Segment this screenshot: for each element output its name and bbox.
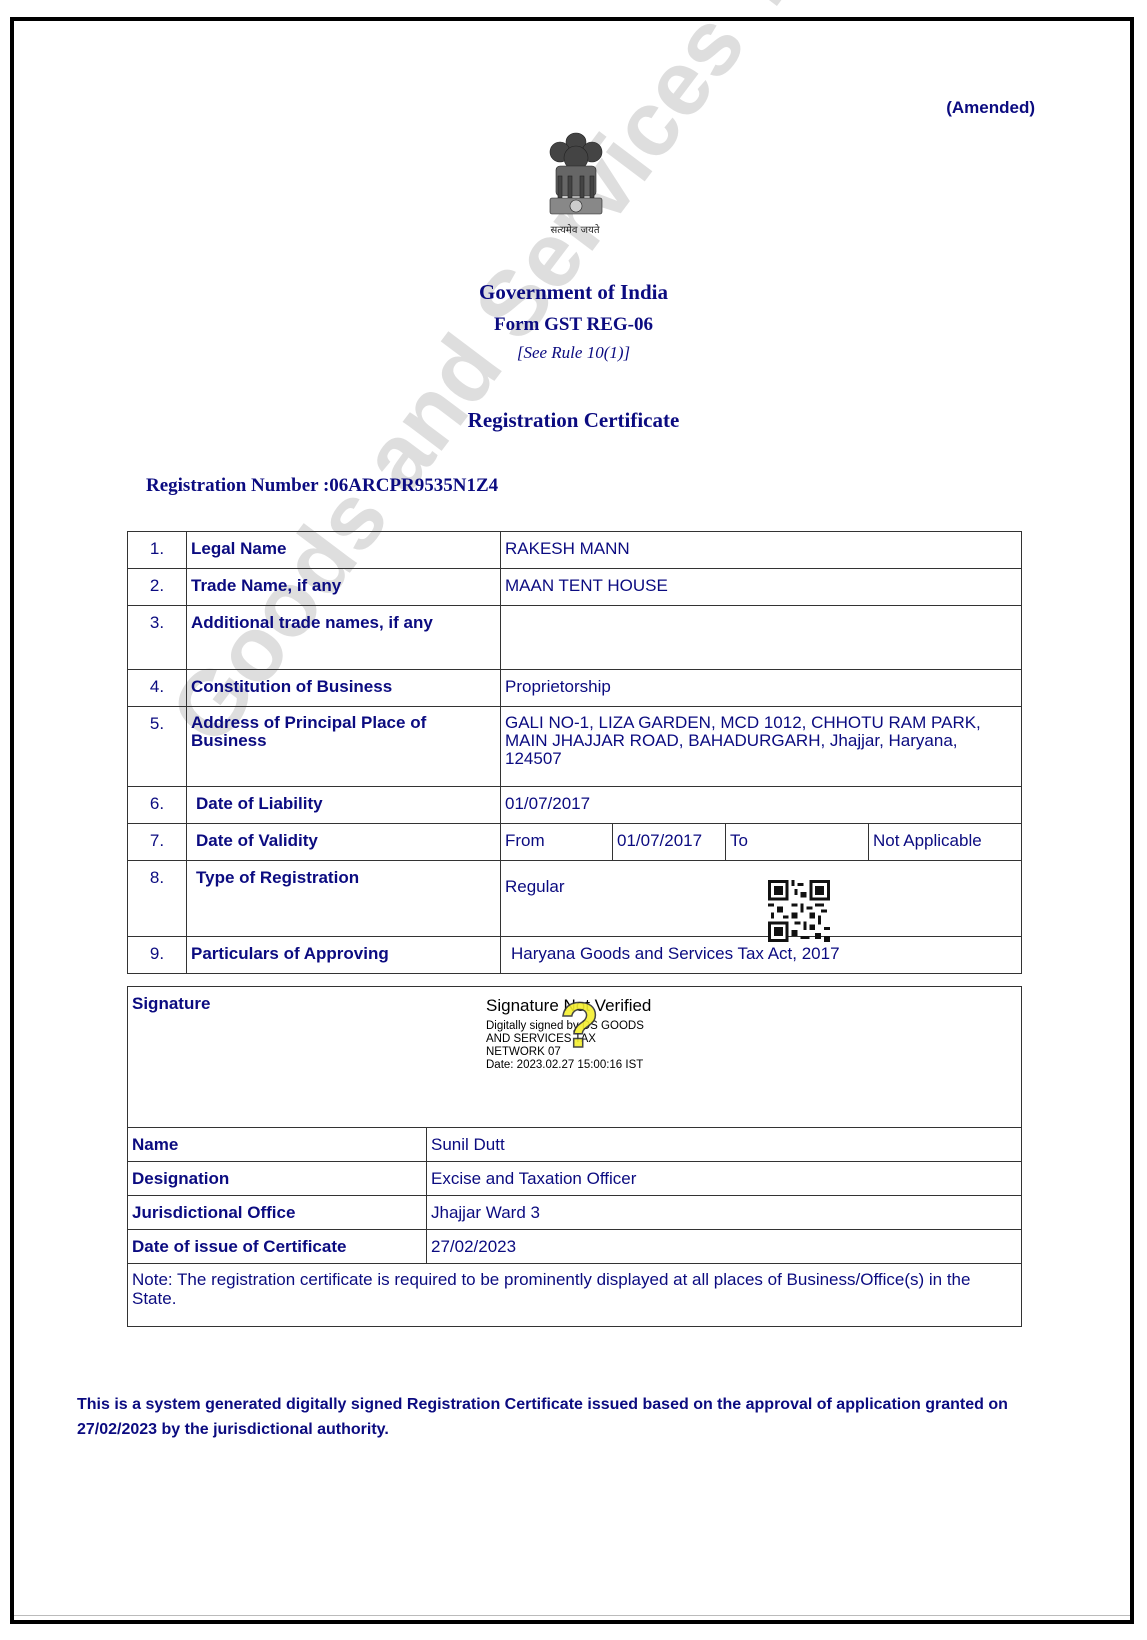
national-emblem-icon bbox=[540, 128, 612, 234]
row-number: 4. bbox=[128, 670, 187, 707]
table-row: Designation Excise and Taxation Officer bbox=[128, 1162, 1022, 1196]
validity-from-value: 01/07/2017 bbox=[613, 824, 726, 861]
question-mark-icon: ? bbox=[560, 988, 599, 1062]
table-row: 3. Additional trade names, if any bbox=[128, 606, 1022, 670]
row-label: Type of Registration bbox=[187, 861, 501, 937]
amended-label: (Amended) bbox=[946, 98, 1035, 118]
certificate-title: Registration Certificate bbox=[0, 408, 1147, 433]
row-label: Constitution of Business bbox=[187, 670, 501, 707]
row-number: 5. bbox=[128, 707, 187, 787]
trade-name-value: MAAN TENT HOUSE bbox=[501, 569, 1022, 606]
emblem-motto: सत्यमेव जयते bbox=[534, 222, 616, 236]
system-generated-footer: This is a system generated digitally sig… bbox=[77, 1392, 1067, 1442]
rule-reference: [See Rule 10(1)] bbox=[0, 343, 1147, 363]
table-row: Jurisdictional Office Jhajjar Ward 3 bbox=[128, 1196, 1022, 1230]
table-row: 5. Address of Principal Place of Busines… bbox=[128, 707, 1022, 787]
row-number: 2. bbox=[128, 569, 187, 606]
row-number: 8. bbox=[128, 861, 187, 937]
validity-to-label: To bbox=[726, 824, 869, 861]
issue-date-label: Date of issue of Certificate bbox=[128, 1230, 427, 1264]
row-number: 1. bbox=[128, 532, 187, 569]
approving-act-value: Haryana Goods and Services Tax Act, 2017 bbox=[501, 937, 1022, 974]
table-row: 7. Date of Validity From 01/07/2017 To N… bbox=[128, 824, 1022, 861]
table-row: Name Sunil Dutt bbox=[128, 1128, 1022, 1162]
row-number: 3. bbox=[128, 606, 187, 670]
table-row: 6. Date of Liability 01/07/2017 bbox=[128, 787, 1022, 824]
officer-name-value: Sunil Dutt bbox=[427, 1128, 1022, 1162]
constitution-value: Proprietorship bbox=[501, 670, 1022, 707]
table-row: 8. Type of Registration Regular bbox=[128, 861, 1022, 937]
designation-value: Excise and Taxation Officer bbox=[427, 1162, 1022, 1196]
row-label: Legal Name bbox=[187, 532, 501, 569]
row-label: Address of Principal Place of Business bbox=[187, 707, 501, 787]
row-label: Trade Name, if any bbox=[187, 569, 501, 606]
details-table: 1. Legal Name RAKESH MANN 2. Trade Name,… bbox=[127, 531, 1022, 974]
row-label: Date of Liability bbox=[187, 787, 501, 824]
bottom-divider bbox=[14, 1615, 1130, 1616]
display-note: Note: The registration certificate is re… bbox=[128, 1264, 1022, 1327]
table-row: 4. Constitution of Business Proprietorsh… bbox=[128, 670, 1022, 707]
legal-name-value: RAKESH MANN bbox=[501, 532, 1022, 569]
registration-number: Registration Number :06ARCPR9535N1Z4 bbox=[146, 475, 498, 497]
jurisdictional-office-label: Jurisdictional Office bbox=[128, 1196, 427, 1230]
row-number: 9. bbox=[128, 937, 187, 974]
table-row: Date of issue of Certificate 27/02/2023 bbox=[128, 1230, 1022, 1264]
officer-name-label: Name bbox=[128, 1128, 427, 1162]
signature-label: Signature bbox=[132, 994, 210, 1013]
row-label: Additional trade names, if any bbox=[187, 606, 501, 670]
registration-type-value: Regular bbox=[501, 861, 1022, 937]
date-of-liability-value: 01/07/2017 bbox=[501, 787, 1022, 824]
validity-to-value: Not Applicable bbox=[869, 824, 1022, 861]
additional-trade-names-value bbox=[501, 606, 1022, 670]
government-heading: Government of India bbox=[0, 280, 1147, 305]
jurisdictional-office-value: Jhajjar Ward 3 bbox=[427, 1196, 1022, 1230]
row-label: Date of Validity bbox=[187, 824, 501, 861]
row-number: 7. bbox=[128, 824, 187, 861]
issue-date-value: 27/02/2023 bbox=[427, 1230, 1022, 1264]
validity-from-label: From bbox=[501, 824, 613, 861]
table-row: 1. Legal Name RAKESH MANN bbox=[128, 532, 1022, 569]
note-row: Note: The registration certificate is re… bbox=[128, 1264, 1022, 1327]
form-heading: Form GST REG-06 bbox=[0, 314, 1147, 336]
table-row: 2. Trade Name, if any MAAN TENT HOUSE bbox=[128, 569, 1022, 606]
row-number: 6. bbox=[128, 787, 187, 824]
designation-label: Designation bbox=[128, 1162, 427, 1196]
row-label: Particulars of Approving bbox=[187, 937, 501, 974]
address-value: GALI NO-1, LIZA GARDEN, MCD 1012, CHHOTU… bbox=[501, 707, 1022, 787]
qr-code-icon bbox=[768, 880, 830, 942]
table-row: 9. Particulars of Approving Haryana Good… bbox=[128, 937, 1022, 974]
